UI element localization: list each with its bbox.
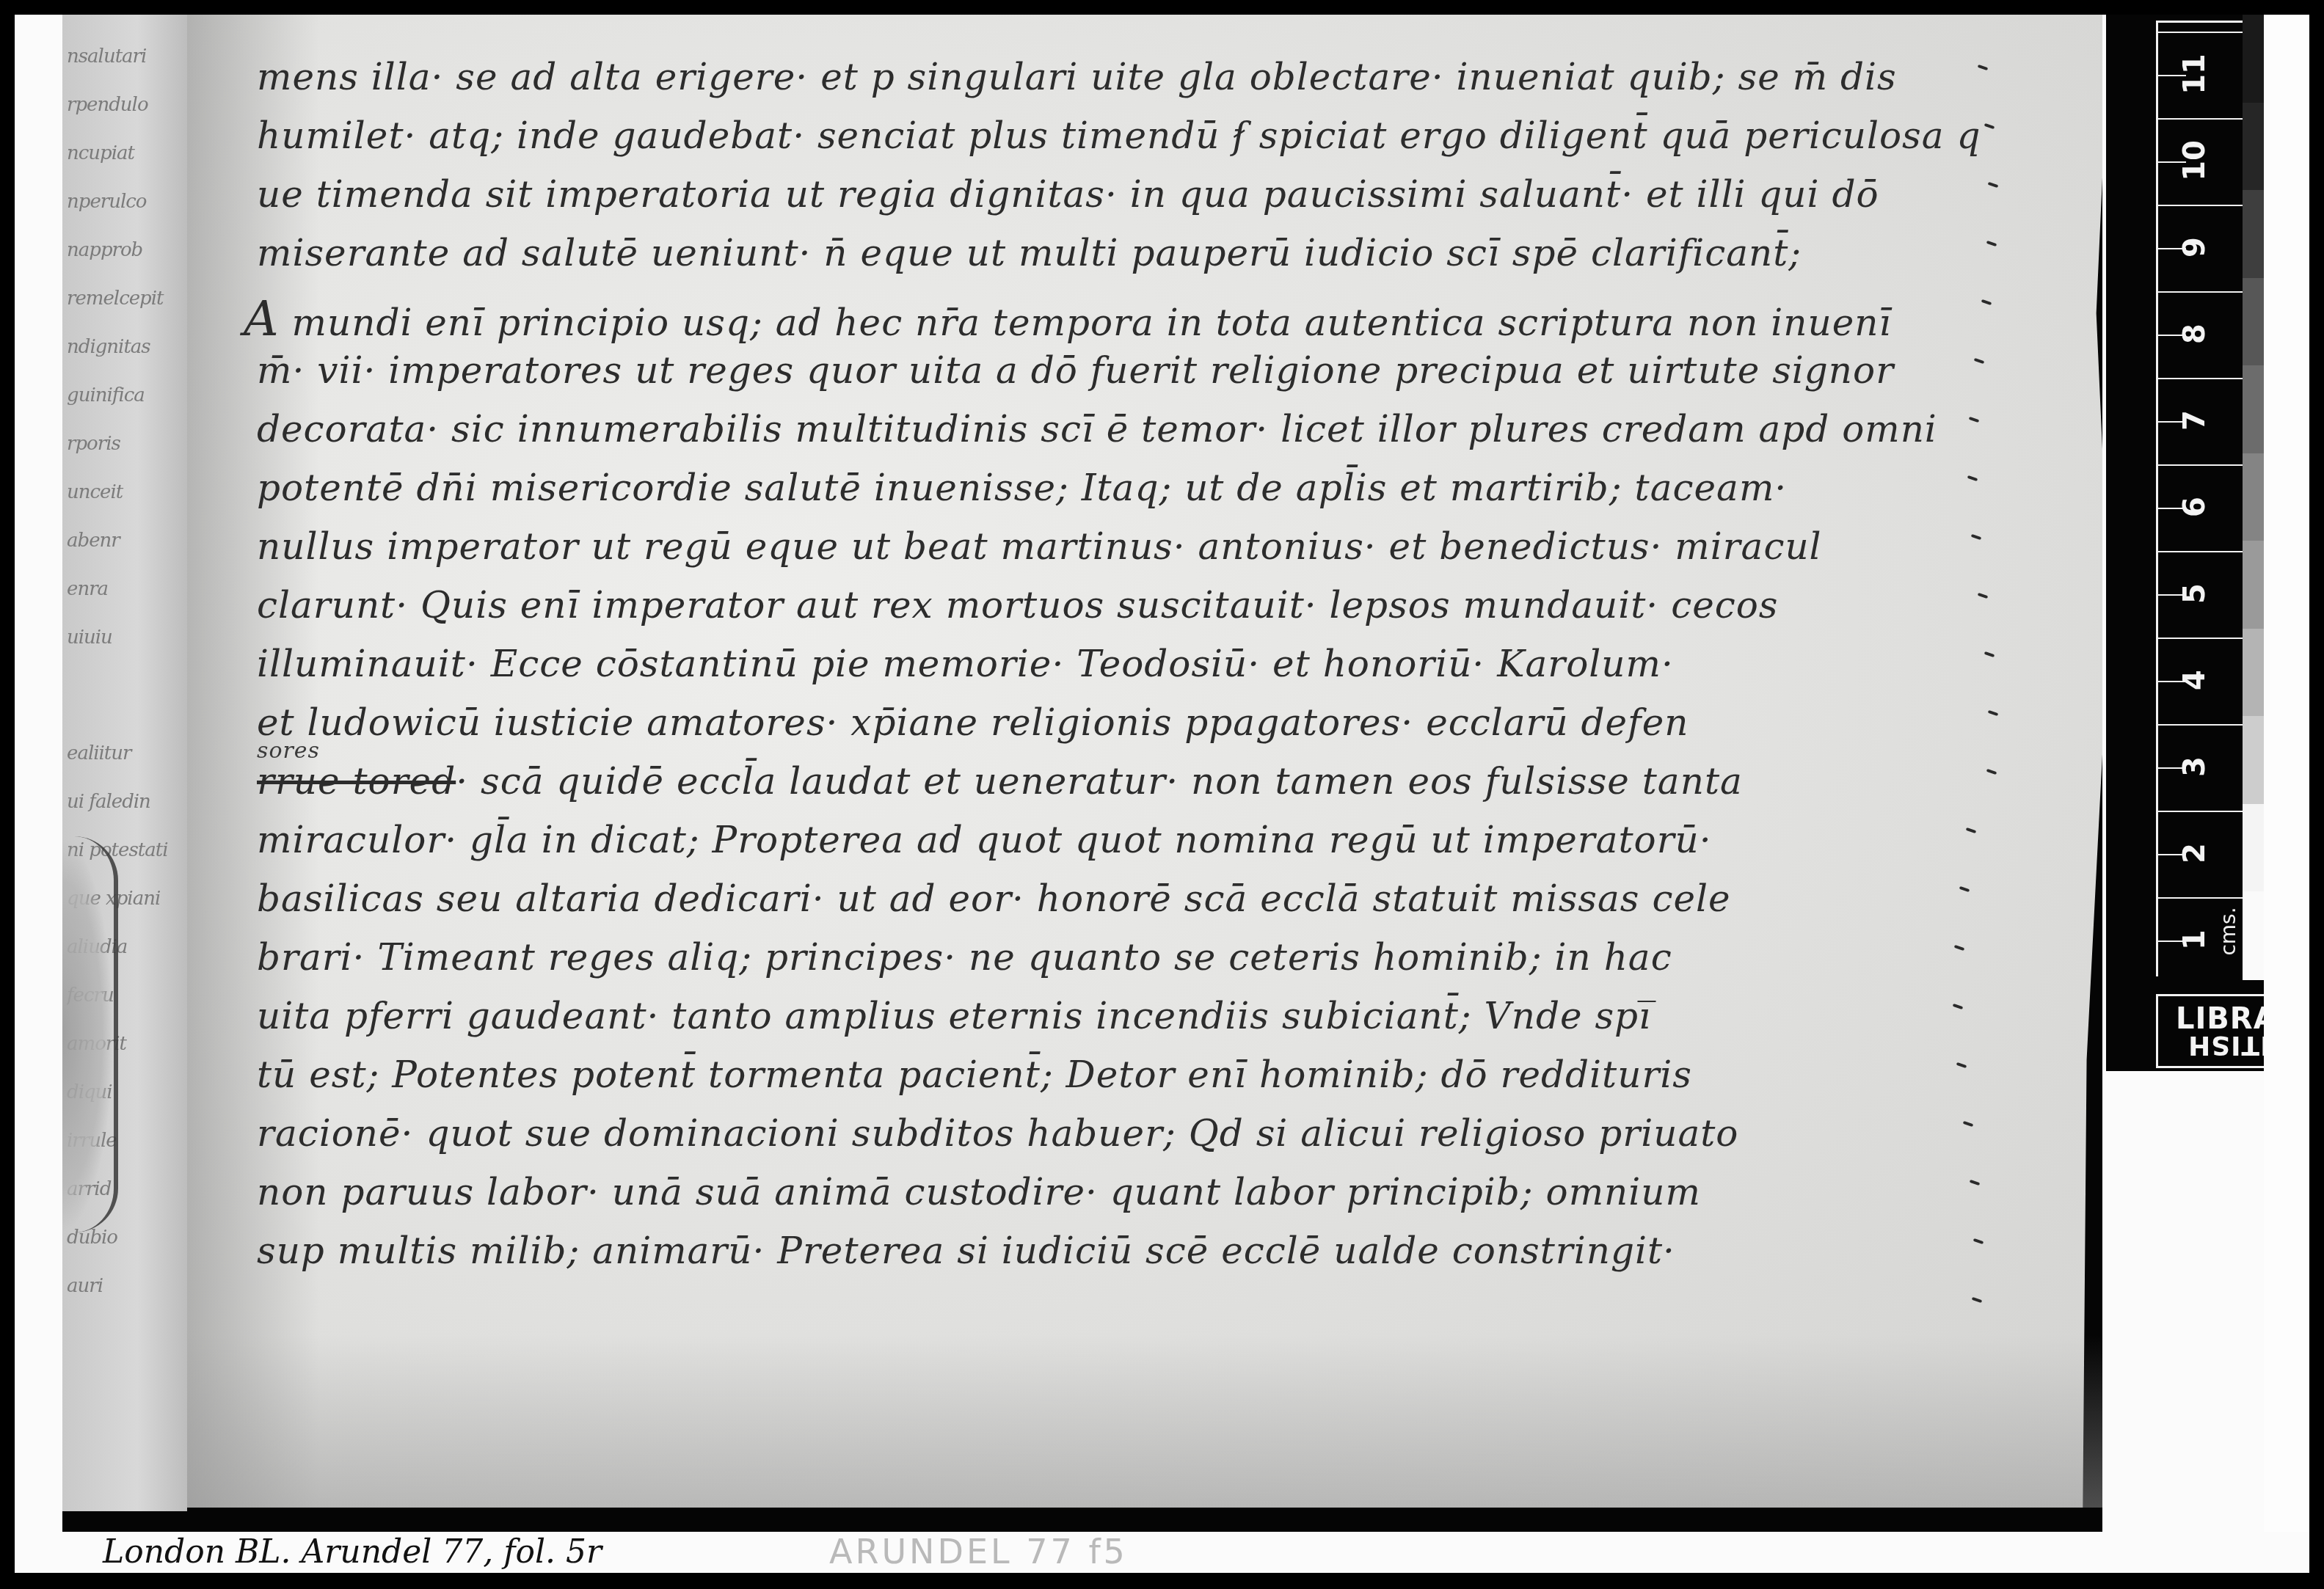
line-text: · scā quidē eccl̄a laudat et ueneratur· …	[456, 760, 1743, 803]
manuscript-line: rrue toredsores· scā quidē eccl̄a laudat…	[257, 760, 1743, 803]
line-text: decorata· sic innumerabilis multitudinis…	[257, 408, 1937, 450]
line-text: racionē· quot sue dominacioni subditos h…	[257, 1112, 1738, 1155]
line-text: et ludowicū iusticie amatores· xp̄iane r…	[257, 701, 1689, 744]
line-text: nullus imperator ut regū eque ut beat ma…	[257, 525, 1822, 568]
facing-page-line: nperulco	[67, 188, 184, 216]
facing-page-line: ncupiat	[67, 139, 184, 167]
right-border	[2309, 0, 2324, 1589]
facing-page-line: ealiitur	[67, 739, 184, 767]
ruler-number: 9	[2178, 225, 2212, 269]
ruler-number: 3	[2178, 745, 2212, 789]
ruler-cm-tick	[2158, 291, 2245, 293]
ruler-cm-tick	[2158, 464, 2245, 466]
manuscript-line: miraculor· gl̄a in dicat; Propterea ad q…	[257, 819, 1712, 861]
ruler-number: 4	[2178, 658, 2212, 702]
line-text: tū est; Potentes potent̄ tormenta pacien…	[257, 1053, 1692, 1096]
line-text: A mundi enī principio usq; ad hec nr̄a t…	[244, 302, 1891, 344]
manuscript-line: mens illa· se ad alta erigere· et p sing…	[257, 56, 1897, 98]
line-text: m̄· vii· imperatores ut reges quor uita …	[257, 349, 1894, 392]
facing-page-line: abenr	[67, 527, 184, 555]
manuscript-line: sup multis milib; animarū· Preterea si i…	[257, 1230, 1675, 1272]
line-text: brari· Timeant reges aliq; principes· ne…	[257, 936, 1672, 979]
ruler-number: 1	[2178, 918, 2212, 962]
line-text: illuminauit· Ecce cōstantinū pie memorie…	[257, 643, 1674, 685]
manuscript-line: humilet· atq; inde gaudebat· senciat plu…	[257, 114, 1981, 157]
interlinear-gloss: sores	[257, 738, 320, 764]
facing-page-line: rporis	[67, 430, 184, 458]
ruler-number: 7	[2178, 398, 2212, 442]
facing-page-line: unceit	[67, 478, 184, 506]
facing-page-line: remelcepit	[67, 285, 184, 313]
manuscript-line: A mundi enī principio usq; ad hec nr̄a t…	[244, 291, 1891, 347]
line-text: ue timenda sit imperatoria ut regia dign…	[257, 173, 1879, 216]
ruler-cm-tick	[2158, 118, 2245, 120]
facing-page-line: napprob	[67, 236, 184, 264]
ruler-number: 8	[2178, 312, 2212, 356]
manuscript-scan: nsalutarirpenduloncupiatnperulconapprobr…	[62, 15, 2102, 1532]
line-text: basilicas seu altaria dedicari· ut ad eo…	[257, 877, 1731, 920]
line-text: uita pferri gaudeant· tanto amplius eter…	[257, 995, 1651, 1037]
manuscript-line: brari· Timeant reges aliq; principes· ne…	[257, 936, 1672, 979]
manuscript-line: et ludowicū iusticie amatores· xp̄iane r…	[257, 701, 1689, 744]
ruler-cm-tick	[2158, 32, 2245, 33]
manuscript-line: non paruus labor· unā suā animā custodir…	[257, 1171, 1701, 1213]
library-logo: LIBRAR RITISH	[2156, 994, 2268, 1068]
ruler-cm-tick	[2158, 378, 2245, 379]
ruler-cm-tick	[2158, 551, 2245, 552]
struck-text: rrue tored	[257, 760, 456, 803]
facing-page-line: enra	[67, 575, 184, 603]
manuscript-line: basilicas seu altaria dedicari· ut ad eo…	[257, 877, 1731, 920]
line-text: clarunt· Quis enī imperator aut rex mort…	[257, 584, 1779, 627]
ruler-number: 6	[2178, 485, 2212, 529]
line-text: miraculor· gl̄a in dicat; Propterea ad q…	[257, 819, 1712, 861]
ruler-number: 10	[2178, 139, 2212, 183]
line-text: sup multis milib; animarū· Preterea si i…	[257, 1230, 1675, 1272]
line-text: non paruus labor· unā suā animā custodir…	[257, 1171, 1701, 1213]
line-text: humilet· atq; inde gaudebat· senciat plu…	[257, 114, 1981, 157]
manuscript-line: decorata· sic innumerabilis multitudinis…	[257, 408, 1937, 450]
mount-right-strip	[2264, 15, 2309, 1532]
ruler-cm-tick	[2158, 724, 2245, 726]
ruler-cm-tick	[2158, 638, 2245, 639]
facing-page-edge: nsalutarirpenduloncupiatnperulconapprobr…	[62, 15, 187, 1511]
manuscript-line: m̄· vii· imperatores ut reges quor uita …	[257, 349, 1894, 392]
manuscript-line: illuminauit· Ecce cōstantinū pie memorie…	[257, 643, 1674, 685]
facing-page-line: guinifica	[67, 381, 184, 409]
ruler-number: 2	[2178, 831, 2212, 875]
manuscript-line: tū est; Potentes potent̄ tormenta pacien…	[257, 1053, 1692, 1096]
manuscript-line: potentē dn̄i misericordie salutē inuenis…	[257, 467, 1787, 509]
facing-page-line: ndignitas	[67, 333, 184, 361]
ruler-cm-tick	[2158, 205, 2245, 206]
manuscript-line: ue timenda sit imperatoria ut regia dign…	[257, 173, 1879, 216]
cm-ruler: cms. 1234567891011	[2156, 21, 2245, 976]
ruler-cm-tick	[2158, 811, 2245, 812]
manuscript-line: nullus imperator ut regū eque ut beat ma…	[257, 525, 1822, 568]
manuscript-line: miserante ad salutē ueniunt· n̄ eque ut …	[257, 232, 1802, 274]
page-bottom-shade	[187, 1335, 2102, 1508]
scale-ruler: cms. 1234567891011 LIBRAR RITISH	[2106, 15, 2264, 1071]
library-label-line2: RITISH	[2188, 1030, 2268, 1060]
facing-page-line: uiuiu	[67, 624, 184, 651]
line-text: potentē dn̄i misericordie salutē inuenis…	[257, 467, 1787, 509]
facing-page-line: rpendulo	[67, 91, 184, 119]
folio-stamp: ARUNDEL 77 f5	[829, 1532, 1128, 1571]
bottom-border	[0, 1574, 2324, 1589]
ruler-number: 5	[2178, 571, 2212, 615]
facing-page-line: nsalutari	[67, 43, 184, 70]
torn-edge	[62, 836, 118, 1232]
shelfmark-label: London BL. Arundel 77, fol. 5r	[103, 1533, 602, 1571]
line-text: miserante ad salutē ueniunt· n̄ eque ut …	[257, 232, 1802, 274]
cms-label: cms.	[2216, 907, 2240, 955]
facing-page-line: ui faledin	[67, 788, 184, 816]
ruler-cm-tick	[2158, 897, 2245, 899]
ruler-number: 11	[2178, 52, 2212, 96]
manuscript-line: clarunt· Quis enī imperator aut rex mort…	[257, 584, 1779, 627]
manuscript-line: uita pferri gaudeant· tanto amplius eter…	[257, 995, 1651, 1037]
manuscript-line: racionē· quot sue dominacioni subditos h…	[257, 1112, 1738, 1155]
line-text: mens illa· se ad alta erigere· et p sing…	[257, 56, 1897, 98]
facing-page-line: auri	[67, 1272, 184, 1300]
